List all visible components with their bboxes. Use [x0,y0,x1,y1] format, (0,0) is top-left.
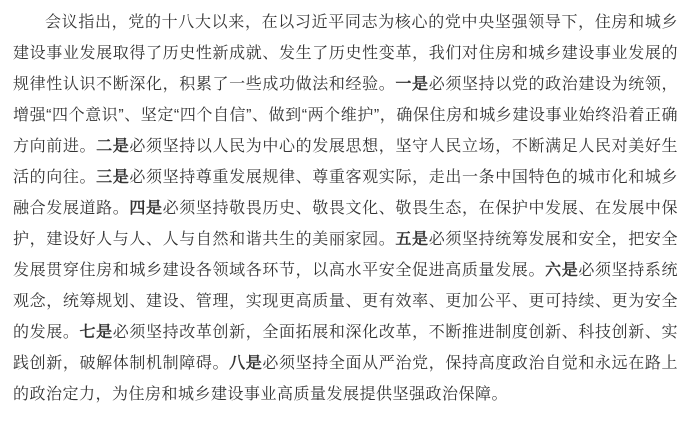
ordinal-bold-segment: 六是 [545,262,578,279]
ordinal-bold-segment: 一是 [395,76,428,93]
ordinal-bold-segment: 七是 [80,324,113,341]
document-page: 会议指出，党的十八大以来，在以习近平同志为核心的党中央坚强领导下，住房和城乡建设… [0,0,692,442]
ordinal-bold-segment: 二是 [96,138,129,155]
ordinal-bold-segment: 三是 [96,169,129,186]
ordinal-bold-segment: 五是 [395,231,428,248]
ordinal-bold-segment: 四是 [129,200,162,217]
article-paragraph: 会议指出，党的十八大以来，在以习近平同志为核心的党中央坚强领导下，住房和城乡建设… [13,7,678,410]
ordinal-bold-segment: 八是 [229,355,262,372]
